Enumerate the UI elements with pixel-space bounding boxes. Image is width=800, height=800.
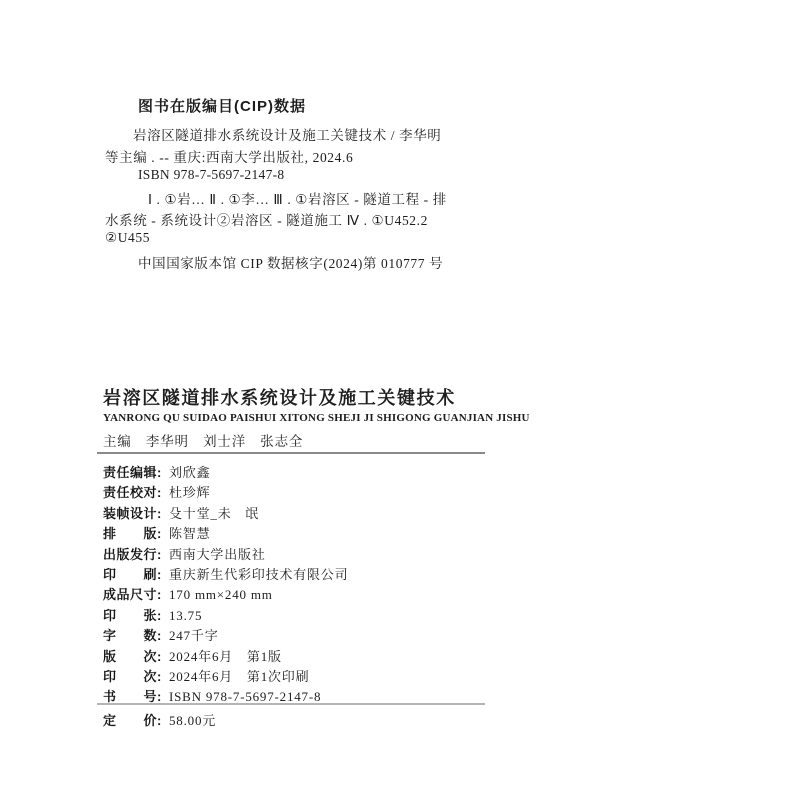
colophon-label: 印 张: [103, 606, 169, 626]
colophon-label: 排 版: [103, 524, 169, 544]
colophon-value: 西南大学出版社 [169, 547, 266, 562]
colophon-list: 责任编辑:刘欣鑫 责任校对:杜珍辉 装帧设计:殳十堂_未 氓 排 版:陈智慧 出… [103, 463, 348, 708]
colophon-row-size: 成品尺寸:170 mm×240 mm [103, 585, 348, 605]
cip-isbn-line: ISBN 978-7-5697-2147-8 [138, 167, 284, 183]
colophon-value: 殳十堂_未 氓 [169, 506, 259, 521]
colophon-value: 重庆新生代彩印技术有限公司 [169, 567, 348, 582]
book-title-pinyin: YANRONG QU SUIDAO PAISHUI XITONG SHEJI J… [103, 412, 530, 424]
colophon-row-typesetter: 排 版:陈智慧 [103, 524, 348, 544]
editors-line: 主编 李华明 刘士洋 张志全 [103, 430, 303, 450]
colophon-label: 版 次: [103, 647, 169, 667]
colophon-row-wordcount: 字 数:247千字 [103, 626, 348, 646]
colophon-value: 2024年6月 第1次印刷 [169, 669, 309, 684]
colophon-label: 字 数: [103, 626, 169, 646]
colophon-row-impression: 印 次:2024年6月 第1次印刷 [103, 667, 348, 687]
price-label: 定 价: [103, 711, 169, 731]
colophon-label: 成品尺寸: [103, 585, 169, 605]
book-title: 岩溶区隧道排水系统设计及施工关键技术 [103, 384, 456, 410]
colophon-label: 责任校对: [103, 483, 169, 503]
colophon-value: 170 mm×240 mm [169, 587, 273, 602]
colophon-value: 陈智慧 [169, 526, 210, 541]
colophon-row-sheets: 印 张:13.75 [103, 606, 348, 626]
colophon-label: 印 刷: [103, 565, 169, 585]
colophon-row-printer: 印 刷:重庆新生代彩印技术有限公司 [103, 565, 348, 585]
colophon-value: 13.75 [169, 608, 202, 623]
colophon-label: 印 次: [103, 667, 169, 687]
colophon-row-proofreader: 责任校对:杜珍辉 [103, 483, 348, 503]
cip-entry-line-2: 等主编 . -- 重庆:西南大学出版社, 2024.6 [105, 146, 353, 166]
colophon-row-designer: 装帧设计:殳十堂_未 氓 [103, 504, 348, 524]
colophon-row-edition: 版 次:2024年6月 第1版 [103, 647, 348, 667]
price-row: 定 价:58.00元 [103, 711, 216, 731]
colophon-value: 杜珍辉 [169, 485, 210, 500]
colophon-label: 责任编辑: [103, 463, 169, 483]
divider-rule-bottom [97, 703, 485, 705]
cip-entry-line-1: 岩溶区隧道排水系统设计及施工关键技术 / 李华明 [133, 124, 441, 144]
cip-record-number-line: 中国国家版本馆 CIP 数据核字(2024)第 010777 号 [138, 252, 443, 272]
cip-classification-line-1: Ⅰ . ①岩… Ⅱ . ①李… Ⅲ . ①岩溶区 - 隧道工程 - 排 [148, 188, 447, 208]
colophon-value: 刘欣鑫 [169, 465, 210, 480]
cip-classification-line-2: 水系统 - 系统设计②岩溶区 - 隧道施工 Ⅳ . ①U452.2 [105, 209, 428, 229]
colophon-label: 装帧设计: [103, 504, 169, 524]
cip-heading: 图书在版编目(CIP)数据 [138, 95, 306, 116]
colophon-row-editor: 责任编辑:刘欣鑫 [103, 463, 348, 483]
divider-rule-top [97, 452, 485, 454]
colophon-value: 247千字 [169, 628, 219, 643]
copyright-page: 图书在版编目(CIP)数据 岩溶区隧道排水系统设计及施工关键技术 / 李华明 等… [0, 0, 800, 800]
colophon-label: 出版发行: [103, 545, 169, 565]
cip-classification-line-3: ②U455 [105, 230, 150, 246]
price-value: 58.00元 [169, 713, 216, 728]
colophon-value: 2024年6月 第1版 [169, 649, 282, 664]
colophon-row-publisher: 出版发行:西南大学出版社 [103, 545, 348, 565]
